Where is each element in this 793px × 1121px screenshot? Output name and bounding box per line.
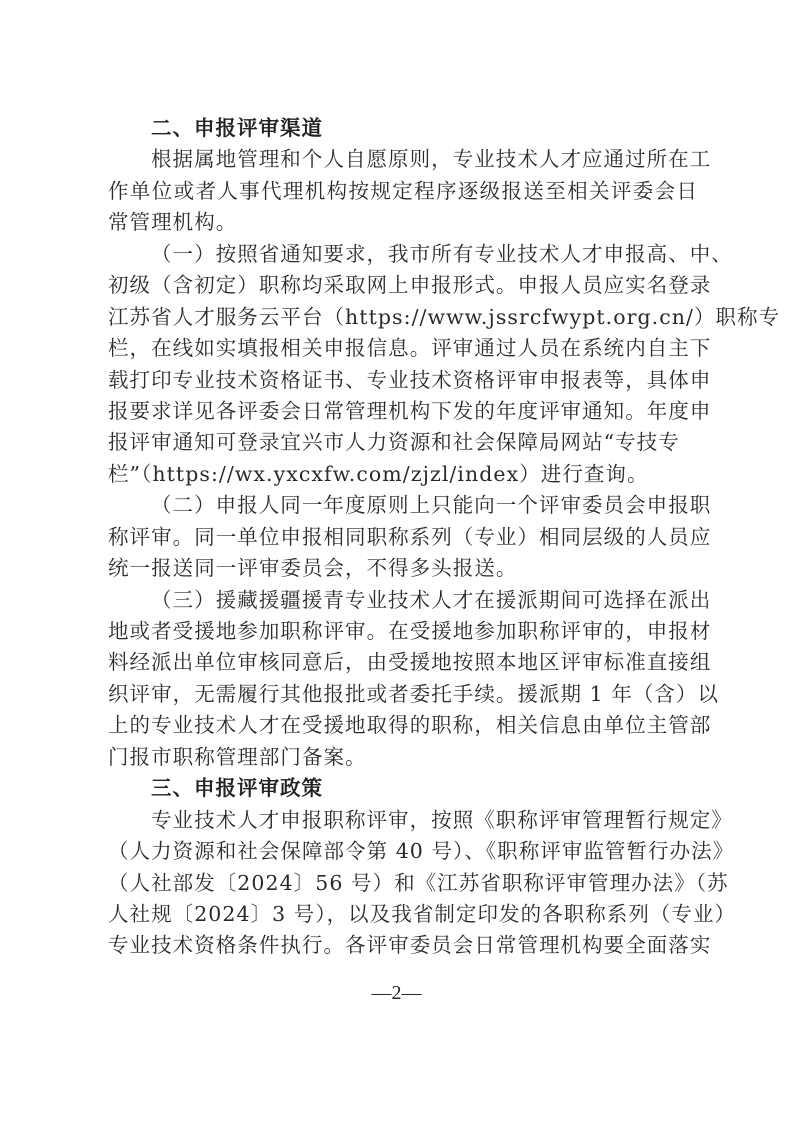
document-page: 二、申报评审渠道 根据属地管理和个人自愿原则，专业技术人才应通过所在工 作单位或…	[108, 113, 698, 962]
text-line-with-url: 江苏省人才服务云平台（https://www.jssrcfwypt.org.cn…	[108, 302, 698, 333]
text-line: 栏，在线如实填报相关申报信息。评审通过人员在系统内自主下	[108, 333, 698, 364]
paragraph-policy: 专业技术人才申报职称评审，按照《职称评审管理暂行规定》 （人力资源和社会保障部令…	[108, 805, 698, 962]
section-heading-policy: 三、申报评审政策	[108, 773, 698, 804]
text-line: （二）申报人同一年度原则上只能向一个评审委员会申报职	[108, 490, 698, 521]
text-line: （人力资源和社会保障部令第 40 号）、《职称评审监管暂行办法》	[108, 836, 698, 867]
text-line: 地或者受援地参加职称评审。在受援地参加职称评审的，申报材	[108, 616, 698, 647]
text-line: 作单位或者人事代理机构按规定程序逐级报送至相关评委会日	[108, 176, 698, 207]
text-line: 常管理机构。	[108, 207, 698, 238]
text-line: 根据属地管理和个人自愿原则，专业技术人才应通过所在工	[108, 144, 698, 175]
paragraph-intro: 根据属地管理和个人自愿原则，专业技术人才应通过所在工 作单位或者人事代理机构按规…	[108, 144, 698, 238]
text-line: （三）援藏援疆援青专业技术人才在援派期间可选择在派出	[108, 585, 698, 616]
page-number: —2—	[0, 982, 793, 1005]
paragraph-item-1: （一）按照省通知要求，我市所有专业技术人才申报高、中、 初级（含初定）职称均采取…	[108, 239, 698, 491]
text-line: 料经派出单位审核同意后，由受援地按照本地区评审标准直接组	[108, 647, 698, 678]
text-line: 称评审。同一单位申报相同职称系列（专业）相同层级的人员应	[108, 522, 698, 553]
text-line: 上的专业技术人才在受援地取得的职称，相关信息由单位主管部	[108, 710, 698, 741]
text-line: 报要求详见各评委会日常管理机构下发的年度评审通知。年度申	[108, 396, 698, 427]
text-line: 专业技术人才申报职称评审，按照《职称评审管理暂行规定》	[108, 805, 698, 836]
text-line: 人社规〔2024〕3 号），以及我省制定印发的各职称系列（专业）	[108, 899, 698, 930]
text-line: （一）按照省通知要求，我市所有专业技术人才申报高、中、	[108, 239, 698, 270]
text-line: （人社部发〔2024〕56 号）和《江苏省职称评审管理办法》（苏	[108, 868, 698, 899]
paragraph-item-3: （三）援藏援疆援青专业技术人才在援派期间可选择在派出 地或者受援地参加职称评审。…	[108, 585, 698, 774]
section-heading-channels: 二、申报评审渠道	[108, 113, 698, 144]
text-line: 门报市职称管理部门备案。	[108, 742, 698, 773]
text-line: 专业技术资格条件执行。各评审委员会日常管理机构要全面落实	[108, 930, 698, 961]
text-line: 载打印专业技术资格证书、专业技术资格评审申报表等，具体申	[108, 365, 698, 396]
text-line: 统一报送同一评审委员会，不得多头报送。	[108, 553, 698, 584]
text-line-with-url: 栏”（https://wx.yxcxfw.com/zjzl/index）进行查询…	[108, 459, 698, 490]
text-line: 初级（含初定）职称均采取网上申报形式。申报人员应实名登录	[108, 270, 698, 301]
paragraph-item-2: （二）申报人同一年度原则上只能向一个评审委员会申报职 称评审。同一单位申报相同职…	[108, 490, 698, 584]
text-line: 报评审通知可登录宜兴市人力资源和社会保障局网站“专技专	[108, 427, 698, 458]
text-line: 织评审，无需履行其他报批或者委托手续。援派期 1 年（含）以	[108, 679, 698, 710]
